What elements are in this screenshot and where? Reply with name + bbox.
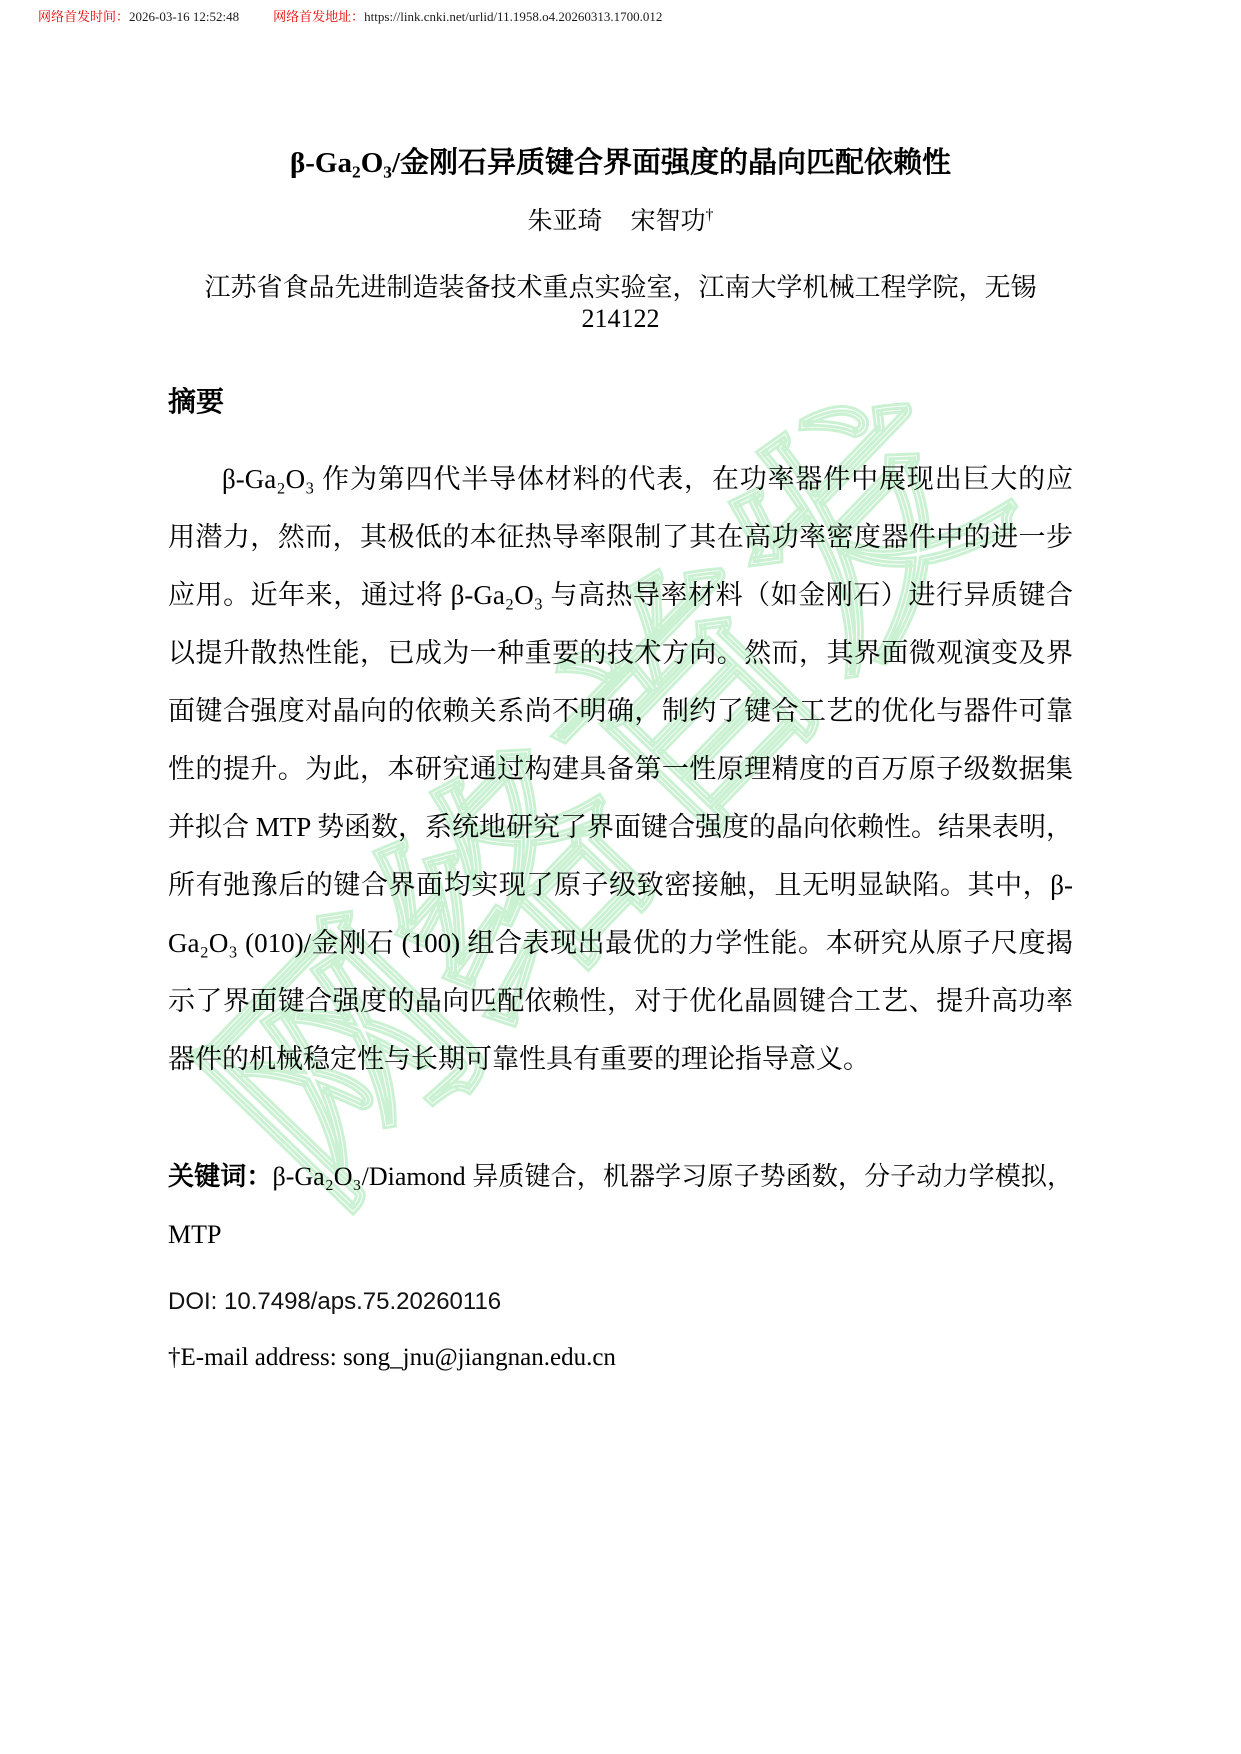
author-2: 宋智功 bbox=[631, 208, 706, 235]
publish-time-label: 网络首发时间： bbox=[38, 9, 129, 24]
author-1: 朱亚琦 bbox=[527, 208, 602, 235]
paper-body: β-Ga₂O₃/金刚石异质键合界面强度的晶向匹配依赖性 朱亚琦宋智功† 江苏省食… bbox=[0, 140, 1241, 1372]
cnki-prepublication-header: 网络首发时间：2026-03-16 12:52:48网络首发地址：https:/… bbox=[38, 8, 1221, 26]
keywords-text: β-Ga₂O₃/Diamond 异质键合，机器学习原子势函数，分子动力学模拟，M… bbox=[168, 1162, 1073, 1249]
publish-time-value: 2026-03-16 12:52:48 bbox=[129, 9, 239, 24]
corresponding-author-dagger: † bbox=[706, 207, 714, 224]
paper-title: β-Ga₂O₃/金刚石异质键合界面强度的晶向匹配依赖性 bbox=[168, 140, 1073, 181]
publish-url-value: https://link.cnki.net/urlid/11.1958.o4.2… bbox=[364, 9, 662, 24]
doi-line: DOI: 10.7498/aps.75.20260116 bbox=[168, 1288, 1073, 1316]
document-page: 网络首发时间：2026-03-16 12:52:48网络首发地址：https:/… bbox=[0, 0, 1241, 1754]
publish-url-label: 网络首发地址： bbox=[273, 9, 364, 24]
affiliation-line: 江苏省食品先进制造装备技术重点实验室，江南大学机械工程学院，无锡 214122 bbox=[168, 267, 1073, 334]
abstract-text: β-Ga₂O₃ 作为第四代半导体材料的代表，在功率器件中展现出巨大的应用潜力，然… bbox=[168, 450, 1073, 1088]
authors-line: 朱亚琦宋智功† bbox=[168, 201, 1073, 237]
abstract-heading: 摘要 bbox=[168, 380, 1073, 420]
keywords-line: 关键词：β-Ga₂O₃/Diamond 异质键合，机器学习原子势函数，分子动力学… bbox=[168, 1148, 1073, 1264]
keywords-label: 关键词： bbox=[168, 1162, 273, 1191]
email-line: †E-mail address: song_jnu@jiangnan.edu.c… bbox=[168, 1344, 1073, 1372]
